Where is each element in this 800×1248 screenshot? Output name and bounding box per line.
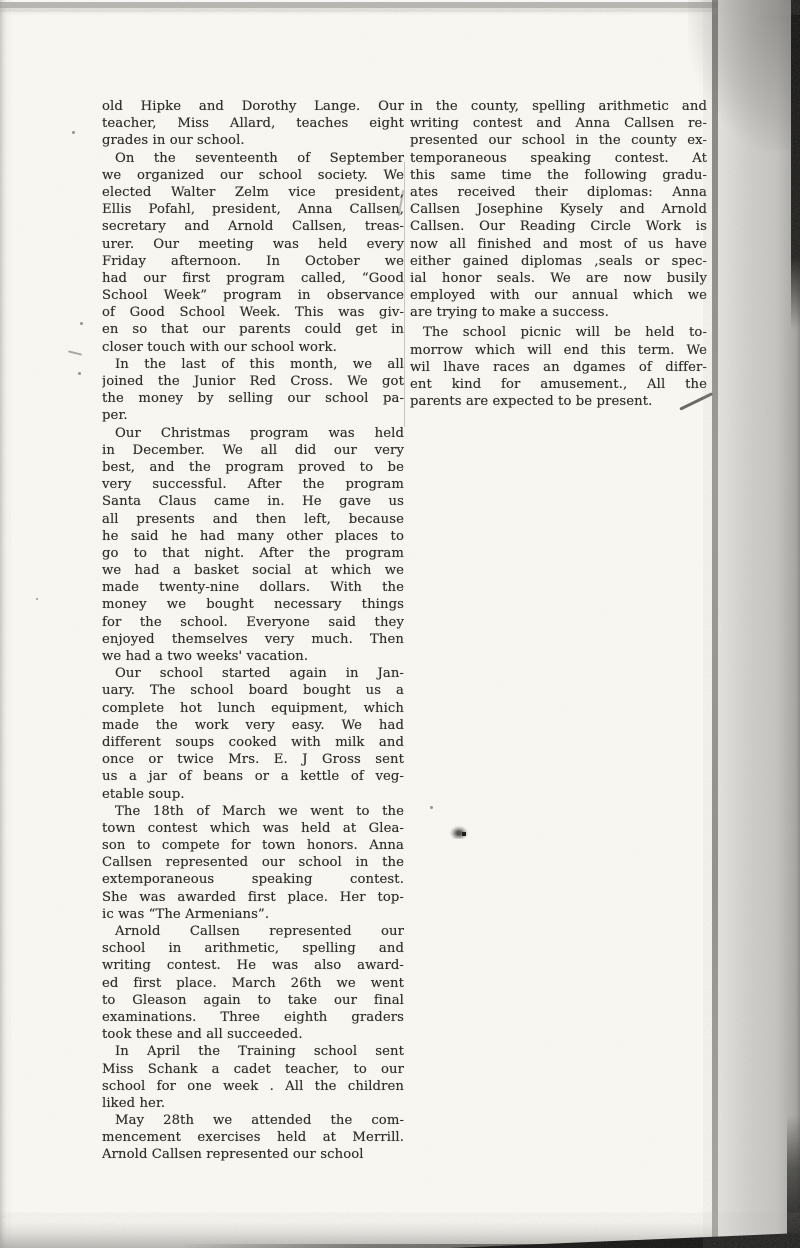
text-line: ial honor seals. We are now busily — [410, 270, 707, 287]
text-line: this same time the following gradu- — [410, 167, 707, 184]
text-line: ent kind for amusement., All the — [410, 376, 707, 393]
text-line: Arnold Callsen represented our — [102, 923, 404, 940]
text-line: grades in our school. — [102, 132, 404, 149]
text-line: wil lhave races an dgames of differ- — [410, 359, 707, 376]
text-line: uary. The school board bought us a — [102, 682, 404, 699]
text-line: best, and the program proved to be — [102, 459, 404, 476]
text-line: Our school started again in Jan- — [102, 665, 404, 682]
ink-smudge-dot — [462, 832, 466, 836]
text-line: Santa Claus came in. He gave us — [102, 493, 404, 510]
paragraph: Our Christmas program was heldin Decembe… — [102, 425, 404, 666]
text-line: either gained diplomas ,seals or spec- — [410, 253, 707, 270]
text-line: Callsen represented our school in the — [102, 854, 404, 871]
text-line: school in arithmetic, spelling and — [102, 940, 404, 957]
text-line: etable soup. — [102, 786, 404, 803]
text-line: of Good School Week. This was giv- — [102, 304, 404, 321]
text-line: ed first place. March 26th we went — [102, 975, 404, 992]
paragraph: The school picnic will be held to-morrow… — [410, 324, 707, 410]
text-line: Arnold Callsen represented our school — [102, 1146, 404, 1163]
ink-speck — [430, 806, 433, 809]
text-line: we had a basket social at which we — [102, 562, 404, 579]
text-line: ic was “The Armenians”. — [102, 906, 404, 923]
paragraph: In April the Training school sentMiss Sc… — [102, 1043, 404, 1112]
text-line: The school picnic will be held to- — [410, 324, 707, 341]
text-line: we had a two weeks' vacation. — [102, 648, 404, 665]
text-line: town contest which was held at Glea- — [102, 820, 404, 837]
text-line: joined the Junior Red Cross. We got — [102, 373, 404, 390]
text-line: presented our school in the county ex- — [410, 132, 707, 149]
article-column-left: old Hipke and Dorothy Lange. Ourteacher,… — [102, 98, 404, 1164]
text-line: writing contest and Anna Callsen re- — [410, 115, 707, 132]
text-line: per. — [102, 407, 404, 424]
text-line: In April the Training school sent — [102, 1043, 404, 1060]
ink-speck — [80, 322, 83, 325]
text-line: once or twice Mrs. E. J Gross sent — [102, 751, 404, 768]
text-line: Callsen Josephine Kysely and Arnold — [410, 201, 707, 218]
paragraph: Arnold Callsen represented ourschool in … — [102, 923, 404, 1043]
text-line: temporaneous speaking contest. At — [410, 150, 707, 167]
text-line: all presents and then left, because — [102, 511, 404, 528]
text-line: for the school. Everyone said they — [102, 614, 404, 631]
text-line: money we bought necessary things — [102, 596, 404, 613]
column-crease-line — [404, 162, 405, 427]
pencil-mark — [68, 350, 82, 355]
text-line: en so that our parents could get in — [102, 321, 404, 338]
paragraph: in the county, spelling arithmetic andwr… — [410, 98, 707, 321]
text-line: Friday afternoon. In October we — [102, 253, 404, 270]
text-line: took these and all succeeded. — [102, 1026, 404, 1043]
text-line: ates received their diplomas: Anna — [410, 184, 707, 201]
text-line: he said he had many other places to — [102, 528, 404, 545]
ink-speck — [36, 598, 38, 600]
text-line: go to that night. After the program — [102, 545, 404, 562]
text-line: School Week” program in observance — [102, 287, 404, 304]
ink-speck — [72, 131, 75, 134]
text-line: the money by selling our school pa- — [102, 390, 404, 407]
text-line: liked her. — [102, 1095, 404, 1112]
text-line: made the work very easy. We had — [102, 717, 404, 734]
text-line: son to compete for town honors. Anna — [102, 837, 404, 854]
paragraph: The 18th of March we went to thetown con… — [102, 803, 404, 923]
text-line: to Gleason again to take our final — [102, 992, 404, 1009]
text-line: now all finished and most of us have — [410, 236, 707, 253]
text-line: very successful. After the program — [102, 476, 404, 493]
paragraph: In the last of this month, we alljoined … — [102, 356, 404, 425]
text-line: in December. We all did our very — [102, 442, 404, 459]
text-line: school for one week . All the children — [102, 1078, 404, 1095]
scanned-newspaper-page: old Hipke and Dorothy Lange. Ourteacher,… — [0, 0, 800, 1248]
article-column-right: in the county, spelling arithmetic andwr… — [410, 98, 707, 410]
text-line: elected Walter Zelm vice president, — [102, 184, 404, 201]
page-fold-line — [712, 0, 718, 1248]
text-line: On the seventeenth of September — [102, 150, 404, 167]
text-line: morrow which will end this term. We — [410, 342, 707, 359]
text-line: She was awarded first place. Her top- — [102, 889, 404, 906]
text-line: Callsen. Our Reading Circle Work is — [410, 218, 707, 235]
text-line: are trying to make a success. — [410, 304, 707, 321]
scan-black-edge-bottom-right — [787, 1115, 800, 1248]
text-line: we organized our school society. We — [102, 167, 404, 184]
text-line: in the county, spelling arithmetic and — [410, 98, 707, 115]
text-line: Ellis Pofahl, president, Anna Callsen, — [102, 201, 404, 218]
page-edge-strip — [718, 0, 800, 1248]
text-line: different soups cooked with milk and — [102, 734, 404, 751]
text-line: Our Christmas program was held — [102, 425, 404, 442]
paragraph: Our school started again in Jan-uary. Th… — [102, 665, 404, 803]
text-line: enjoyed themselves very much. Then — [102, 631, 404, 648]
text-line: parents are expected to be present. — [410, 393, 707, 410]
text-line: Miss Schank a cadet teacher, to our — [102, 1061, 404, 1078]
text-line: employed with our annual which we — [410, 287, 707, 304]
text-line: secretary and Arnold Callsen, treas- — [102, 218, 404, 235]
text-line: examinations. Three eighth graders — [102, 1009, 404, 1026]
text-line: complete hot lunch equipment, which — [102, 700, 404, 717]
paragraph: old Hipke and Dorothy Lange. Ourteacher,… — [102, 98, 404, 150]
text-line: mencement exercises held at Merrill. — [102, 1129, 404, 1146]
text-line: old Hipke and Dorothy Lange. Our — [102, 98, 404, 115]
text-line: us a jar of beans or a kettle of veg- — [102, 768, 404, 785]
text-line: closer touch with our school work. — [102, 339, 404, 356]
text-line: urer. Our meeting was held every — [102, 236, 404, 253]
ink-speck — [78, 372, 81, 375]
text-line: In the last of this month, we all — [102, 356, 404, 373]
paragraph: On the seventeenth of Septemberwe organi… — [102, 150, 404, 356]
paragraph: May 28th we attended the com-mencement e… — [102, 1112, 404, 1164]
scan-edge-left — [0, 0, 7, 1248]
scan-edge-top — [0, 0, 800, 12]
text-line: made twenty-nine dollars. With the — [102, 579, 404, 596]
scan-black-edge-top-right — [791, 0, 800, 330]
text-line: extemporaneous speaking contest. — [102, 871, 404, 888]
text-line: had our first program called, “Good — [102, 270, 404, 287]
text-line: teacher, Miss Allard, teaches eight — [102, 115, 404, 132]
text-line: May 28th we attended the com- — [102, 1112, 404, 1129]
text-line: The 18th of March we went to the — [102, 803, 404, 820]
text-line: writing contest. He was also award- — [102, 957, 404, 974]
